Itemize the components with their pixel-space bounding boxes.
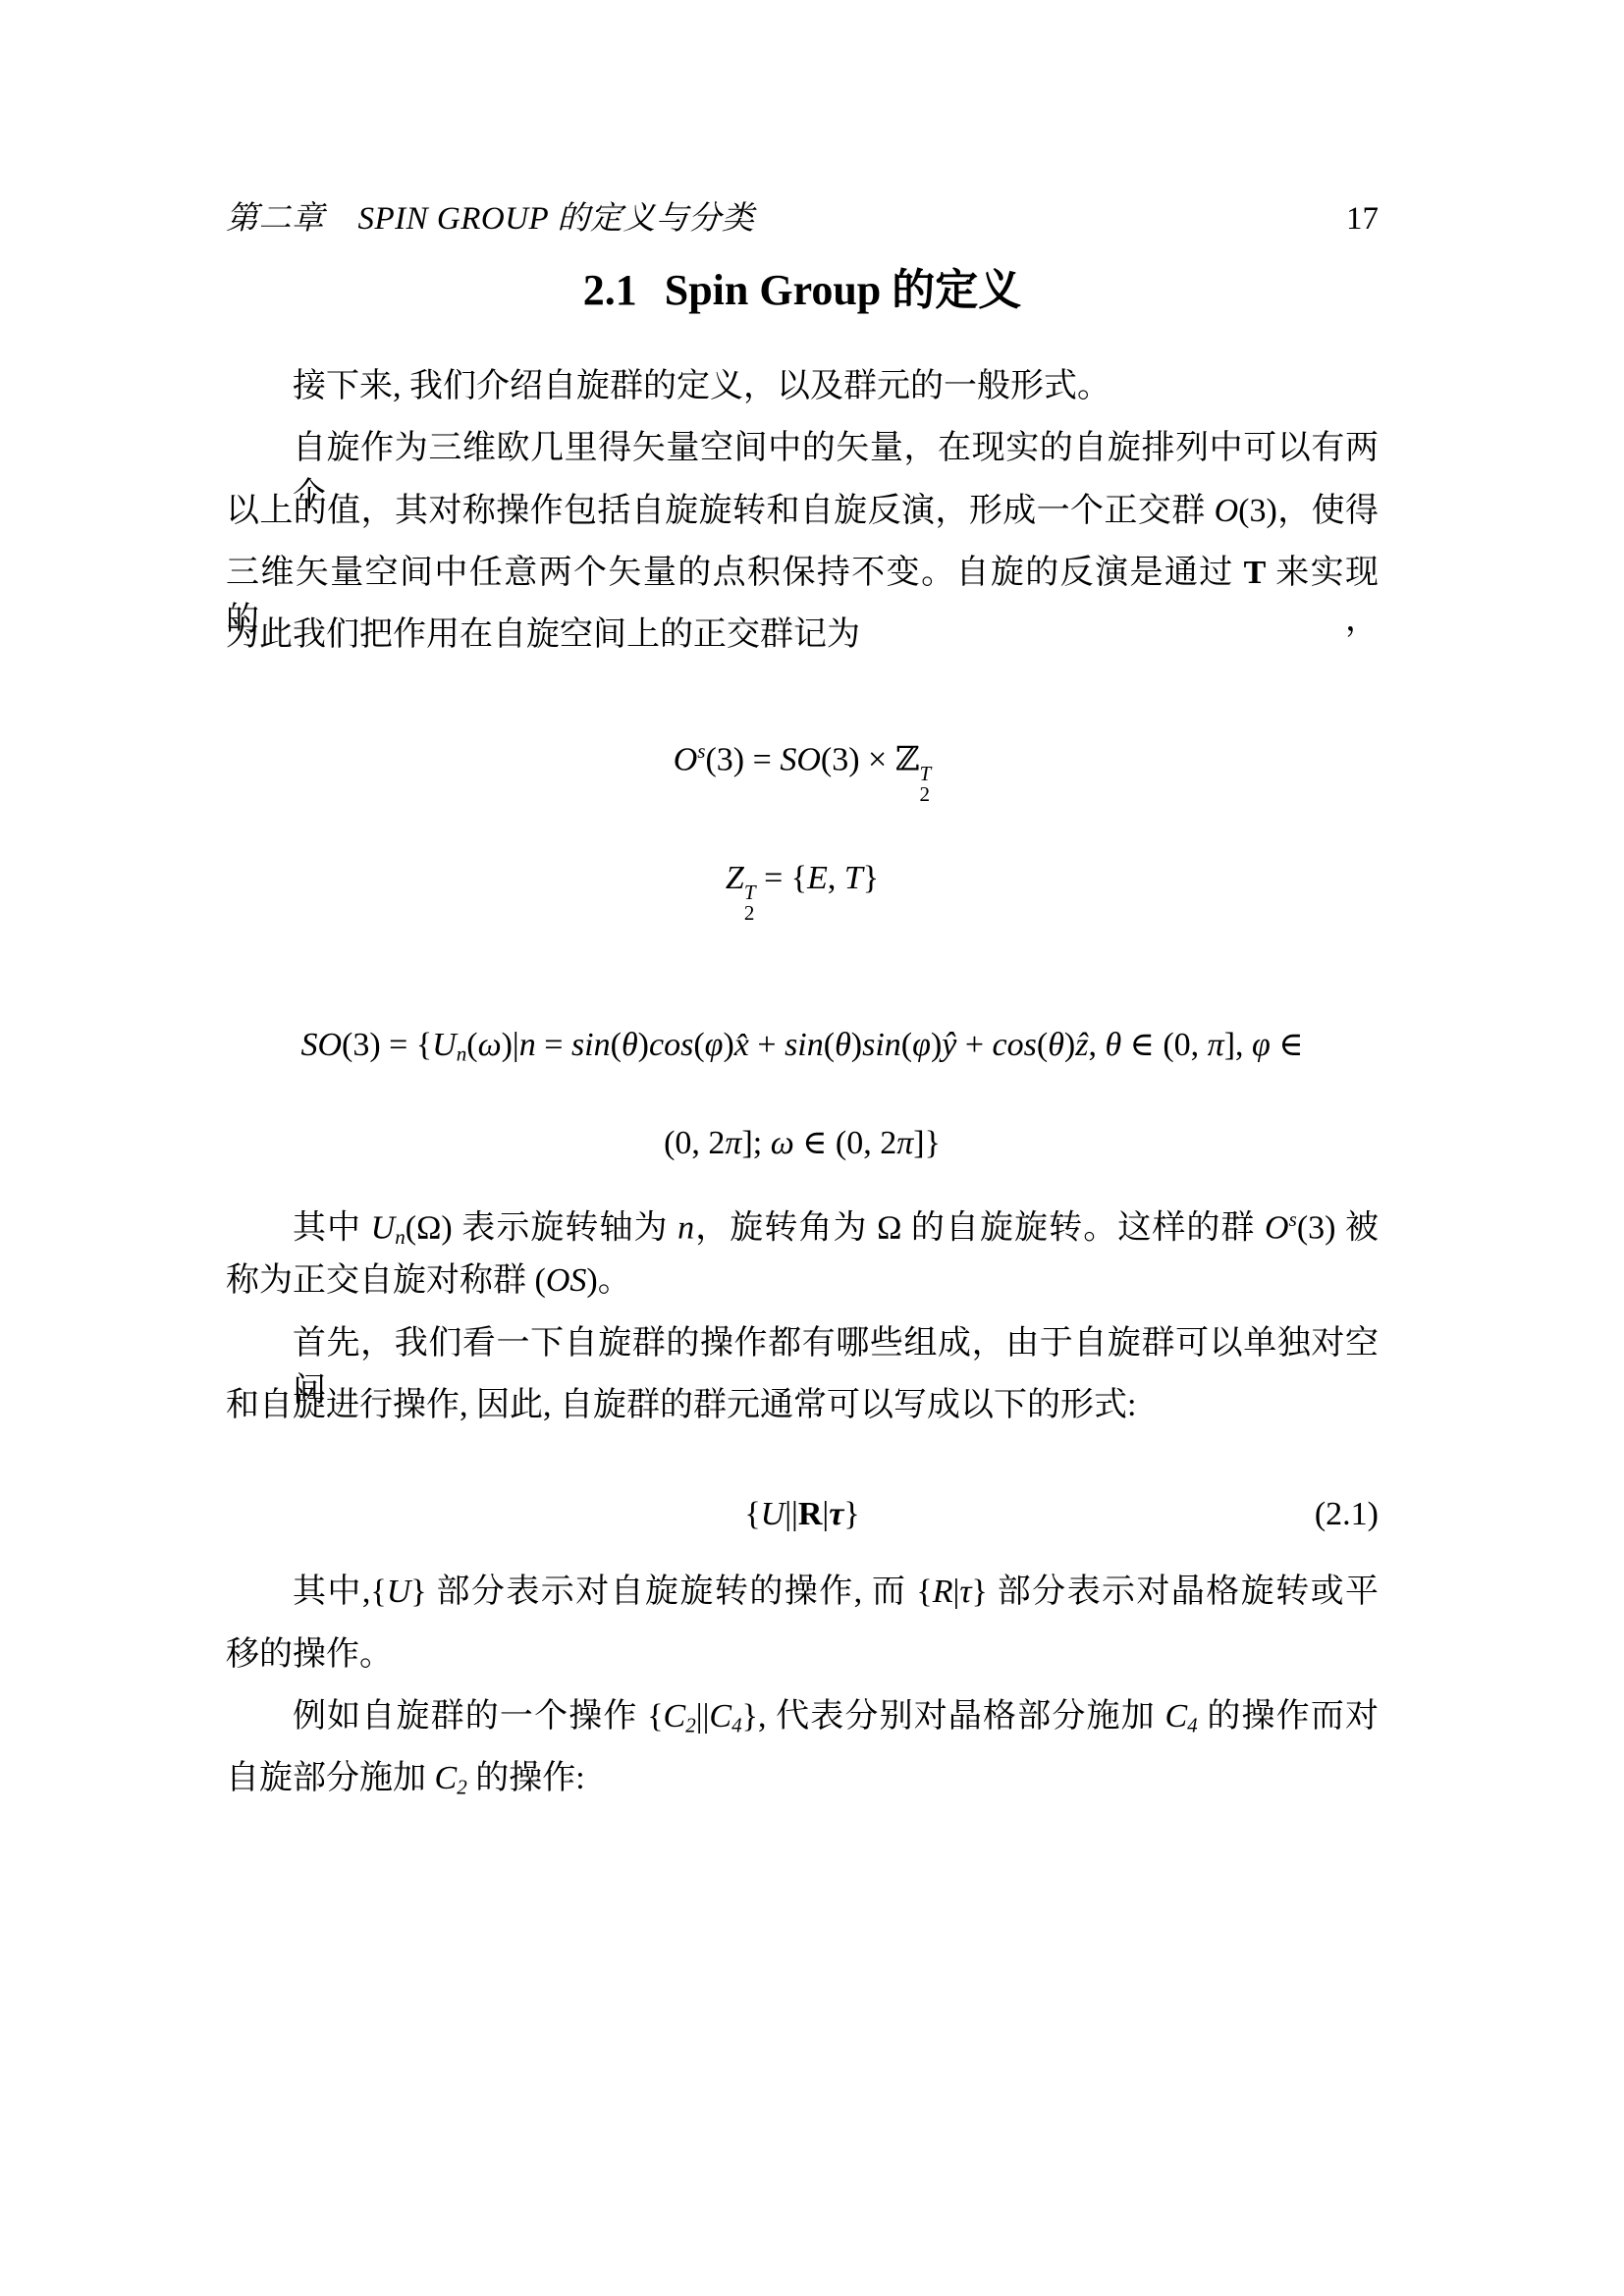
equation-so3-line-2: (0, 2π]; ω ∈ (0, 2π]} (226, 1119, 1379, 1168)
para-3-line-2: 称为正交自旋对称群 (OS)。 (226, 1257, 1379, 1305)
para-3-line-1: 其中 Un(Ω) 表示旋转轴为 n，旋转角为 Ω 的自旋旋转。这样的群 Os(3… (226, 1196, 1379, 1260)
equation-2-1-row: {U||R|τ} (2.1) (226, 1490, 1379, 1539)
section-title: 2.1Spin Group 的定义 (226, 265, 1379, 316)
document-page: 第二章 SPIN GROUP 的定义与分类 17 2.1Spin Group 的… (0, 0, 1624, 2296)
equation-so3-line-1: SO(3) = {Un(ω)|n = sin(θ)cos(φ)x̂ + sin(… (226, 1021, 1379, 1078)
equation-number-2-1: (2.1) (1315, 1490, 1379, 1539)
para-6-line-1: 例如自旋群的一个操作 {C2||C4}, 代表分别对晶格部分施加 C4 的操作而… (226, 1693, 1379, 1748)
para-2-line-4: 为此我们把作用在自旋空间上的正交群记为 (226, 612, 1379, 659)
running-head-chapter-title: 第二章 SPIN GROUP 的定义与分类 (226, 192, 754, 239)
equation-z2t: ZT2 = {E, T} (226, 854, 1379, 924)
para-5-line-2: 移的操作。 (226, 1631, 1379, 1679)
para-1-line-1: 接下来, 我们介绍自旋群的定义，以及群元的一般形式。 (226, 363, 1379, 410)
equation-orthogonal-spin-group: Os(3) = SO(3) × ℤT2 (226, 726, 1379, 805)
equation-group-element: {U||R|τ} (226, 1490, 1379, 1539)
para-2-line-2: 以上的值，其对称操作包括自旋旋转和自旋反演，形成一个正交群 O(3)，使得 (226, 488, 1379, 535)
page-number: 17 (1346, 201, 1379, 238)
para-5-line-1: 其中,{U} 部分表示对自旋旋转的操作, 而 {R|τ} 部分表示对晶格旋转或平 (226, 1569, 1379, 1616)
para-4-line-2: 和自旋进行操作, 因此, 自旋群的群元通常可以写成以下的形式: (226, 1382, 1379, 1429)
para-6-line-2: 自旋部分施加 C2 的操作: (226, 1755, 1379, 1810)
running-header: 第二章 SPIN GROUP 的定义与分类 17 (226, 192, 1379, 239)
